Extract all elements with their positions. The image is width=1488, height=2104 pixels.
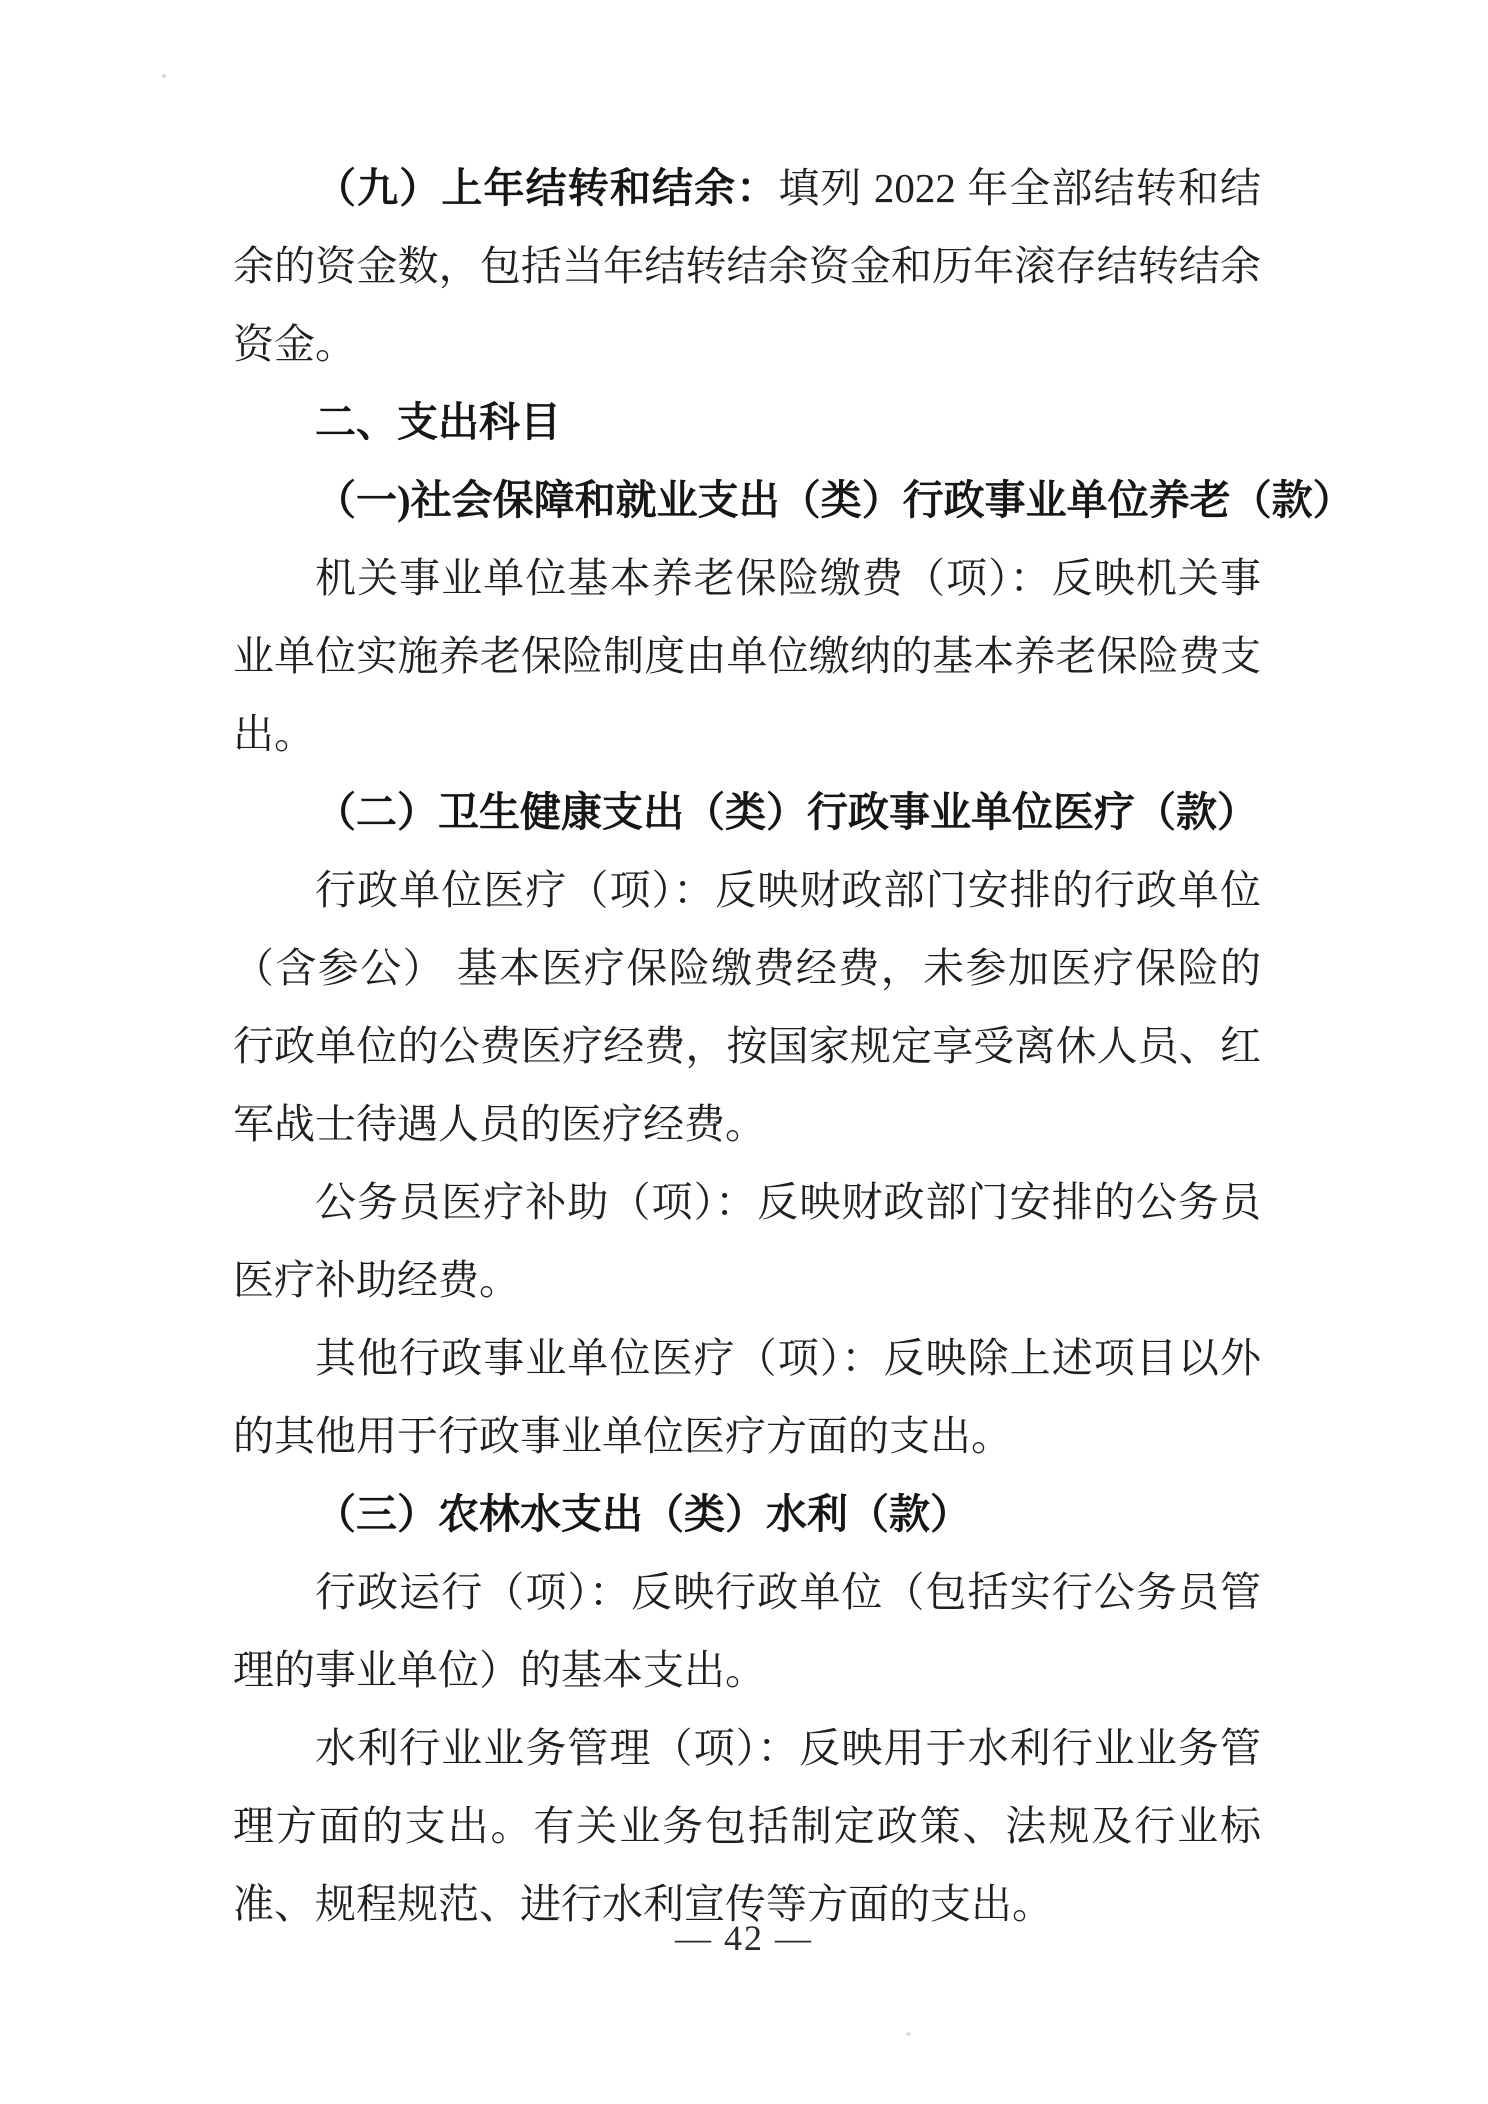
heading-expenditure-section: 二、支出科目 bbox=[233, 383, 1261, 461]
para-carryover-bold-lead: （九）上年结转和结余： bbox=[315, 165, 778, 211]
para-admin-unit-medical: 行政单位医疗（项）：反映财政部门安排的行政单位（含参公） 基本医疗保险缴费经费，… bbox=[233, 851, 1261, 1163]
page-body-text: （九）上年结转和结余：填列 2022 年全部结转和结余的资金数，包括当年结转结余… bbox=[233, 149, 1261, 1943]
heading-agriculture-forestry-water: （三）农林水支出（类）水利（款） bbox=[233, 1475, 1261, 1553]
scan-speck bbox=[906, 2032, 911, 2036]
para-pension-contribution: 机关事业单位基本养老保险缴费（项）：反映机关事业单位实施养老保险制度由单位缴纳的… bbox=[233, 539, 1261, 773]
para-civil-servant-medical-subsidy: 公务员医疗补助（项）：反映财政部门安排的公务员医疗补助经费。 bbox=[233, 1163, 1261, 1319]
heading-health-expenditure: （二）卫生健康支出（类）行政事业单位医疗（款） bbox=[233, 773, 1261, 851]
para-admin-operation: 行政运行（项）：反映行政单位（包括实行公务员管理的事业单位）的基本支出。 bbox=[233, 1553, 1261, 1709]
para-water-industry-management: 水利行业业务管理（项）：反映用于水利行业业务管理方面的支出。有关业务包括制定政策… bbox=[233, 1709, 1261, 1943]
para-carryover-and-balance: （九）上年结转和结余：填列 2022 年全部结转和结余的资金数，包括当年结转结余… bbox=[233, 149, 1261, 383]
scan-speck bbox=[162, 74, 166, 78]
para-other-admin-medical: 其他行政事业单位医疗（项）：反映除上述项目以外的其他用于行政事业单位医疗方面的支… bbox=[233, 1319, 1261, 1475]
heading-social-security-employment: （一)社会保障和就业支出（类）行政事业单位养老（款） bbox=[233, 461, 1261, 539]
page-number: — 42 — bbox=[0, 1916, 1488, 1960]
document-page: （九）上年结转和结余：填列 2022 年全部结转和结余的资金数，包括当年结转结余… bbox=[0, 0, 1488, 2104]
